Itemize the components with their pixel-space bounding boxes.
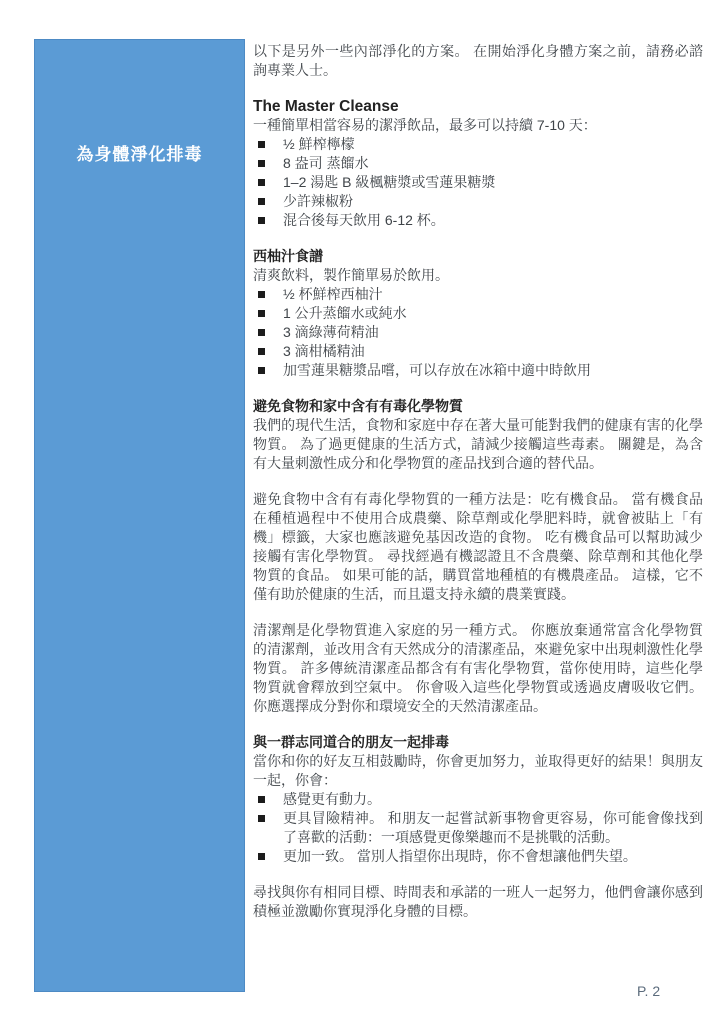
bullet-square-icon [258, 853, 265, 860]
bullet-square-icon [258, 367, 265, 374]
bullet-square-icon [258, 291, 265, 298]
sidebar-panel: 為身體淨化排毒 [34, 39, 245, 992]
bullet-text: 3 滴柑橘精油 [283, 343, 365, 359]
bullet-list: ½ 杯鮮榨西柚汁 1 公升蒸餾水或純水 3 滴綠薄荷精油 3 滴柑橘精油 加雪蓮… [253, 285, 703, 380]
bullet-text: 感覺更有動力。 [283, 791, 381, 807]
bullet-text: 更加一致。 當別人指望你出現時，你不會想讓他們失望。 [283, 848, 637, 864]
bullet-square-icon [258, 310, 265, 317]
section-heading-avoid-toxic-chemicals: 避免食物和家中含有有毒化學物質 [253, 397, 703, 416]
list-item: 更加一致。 當別人指望你出現時，你不會想讓他們失望。 [253, 847, 703, 866]
body-paragraph: 我們的現代生活，食物和家庭中存在著大量可能對我們的健康有害的化學物質。 為了過更… [253, 416, 703, 473]
bullet-text: 混合後每天飲用 6-12 杯。 [283, 212, 445, 228]
bullet-square-icon [258, 179, 265, 186]
main-content: 以下是另外一些內部淨化的方案。 在開始淨化身體方案之前，請務必諮詢專業人士。 T… [253, 42, 703, 938]
list-item: 3 滴綠薄荷精油 [253, 323, 703, 342]
bullet-text: 加雪蓮果糖漿品嚐，可以存放在冰箱中適中時飲用 [283, 362, 591, 378]
list-item: 混合後每天飲用 6-12 杯。 [253, 211, 703, 230]
section-heading-the-master-cleanse: The Master Cleanse [253, 97, 703, 116]
body-paragraph: 避免食物中含有有毒化學物質的一種方法是：吃有機食品。 當有機食品在種植過程中不使… [253, 490, 703, 604]
list-item: 更具冒險精神。 和朋友一起嘗試新事物會更容易，你可能會像找到了喜歡的活動：一項感… [253, 809, 703, 847]
list-item: 3 滴柑橘精油 [253, 342, 703, 361]
list-item: ½ 鮮榨檸檬 [253, 135, 703, 154]
bullet-square-icon [258, 815, 265, 822]
bullet-square-icon [258, 329, 265, 336]
bullet-square-icon [258, 796, 265, 803]
section-heading-grapefruit-recipe: 西柚汁食譜 [253, 247, 703, 266]
bullet-square-icon [258, 217, 265, 224]
bullet-square-icon [258, 348, 265, 355]
list-item: 感覺更有動力。 [253, 790, 703, 809]
bullet-text: 少許辣椒粉 [283, 193, 353, 209]
bullet-text: 3 滴綠薄荷精油 [283, 324, 379, 340]
bullet-list: ½ 鮮榨檸檬 8 盎司 蒸餾水 1–2 湯匙 B 級楓糖漿或雪蓮果糖漿 少許辣椒… [253, 135, 703, 230]
section-lead: 當你和你的好友互相鼓勵時，你會更加努力，並取得更好的結果！與朋友一起，你會： [253, 752, 703, 790]
section-heading-detox-with-friends: 與一群志同道合的朋友一起排毒 [253, 733, 703, 752]
page-number: P. 2 [637, 983, 660, 999]
bullet-square-icon [258, 141, 265, 148]
bullet-text: 1 公升蒸餾水或純水 [283, 305, 407, 321]
bullet-text: 1–2 湯匙 B 級楓糖漿或雪蓮果糖漿 [283, 174, 495, 190]
list-item: 8 盎司 蒸餾水 [253, 154, 703, 173]
bullet-square-icon [258, 198, 265, 205]
bullet-text: 更具冒險精神。 和朋友一起嘗試新事物會更容易，你可能會像找到了喜歡的活動：一項感… [283, 810, 703, 845]
bullet-text: ½ 鮮榨檸檬 [283, 136, 355, 152]
list-item: ½ 杯鮮榨西柚汁 [253, 285, 703, 304]
bullet-text: 8 盎司 蒸餾水 [283, 155, 369, 171]
list-item: 1–2 湯匙 B 級楓糖漿或雪蓮果糖漿 [253, 173, 703, 192]
body-paragraph: 清潔劑是化學物質進入家庭的另一種方式。 你應放棄通常富含化學物質的清潔劑，並改用… [253, 621, 703, 716]
section-lead: 一種簡單相當容易的潔淨飲品，最多可以持續 7-10 天： [253, 116, 703, 135]
closing-paragraph: 尋找與你有相同目標、時間表和承諾的一班人一起努力，他們會讓你感到積極並激勵你實現… [253, 883, 703, 921]
sidebar-title: 為身體淨化排毒 [35, 40, 244, 165]
list-item: 少許辣椒粉 [253, 192, 703, 211]
bullet-square-icon [258, 160, 265, 167]
section-lead: 清爽飲料，製作簡單易於飲用。 [253, 266, 703, 285]
list-item: 1 公升蒸餾水或純水 [253, 304, 703, 323]
list-item: 加雪蓮果糖漿品嚐，可以存放在冰箱中適中時飲用 [253, 361, 703, 380]
bullet-text: ½ 杯鮮榨西柚汁 [283, 286, 383, 302]
bullet-list: 感覺更有動力。 更具冒險精神。 和朋友一起嘗試新事物會更容易，你可能會像找到了喜… [253, 790, 703, 866]
intro-paragraph: 以下是另外一些內部淨化的方案。 在開始淨化身體方案之前，請務必諮詢專業人士。 [253, 42, 703, 80]
